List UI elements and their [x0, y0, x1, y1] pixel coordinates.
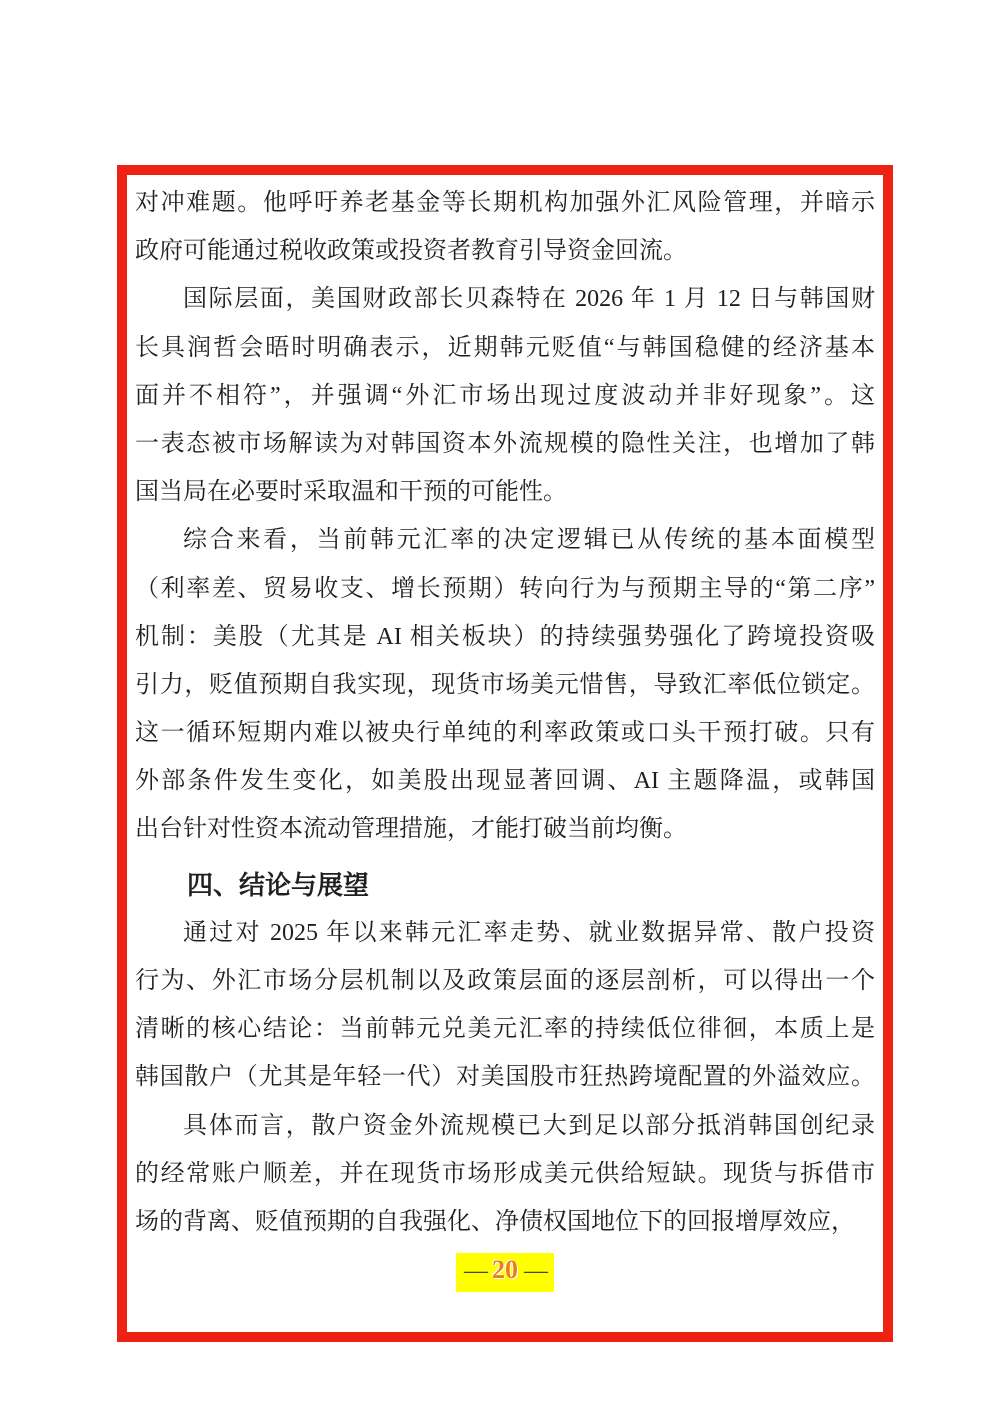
text-line: 清晰的核心结论：当前韩元兑美元汇率的持续低位徘徊，本质上是 — [135, 1005, 875, 1053]
red-border-frame: 对冲难题。他呼吁养老基金等长期机构加强外汇风险管理，并暗示 政府可能通过税收政策… — [117, 165, 893, 1342]
text-line: 韩国散户（尤其是年轻一代）对美国股市狂热跨境配置的外溢效应。 — [135, 1053, 875, 1101]
text-line: 具体而言，散户资金外流规模已大到足以部分抵消韩国创纪录 — [135, 1102, 875, 1150]
text-line: 机制：美股（尤其是 AI 相关板块）的持续强势强化了跨境投资吸 — [135, 613, 875, 661]
text-line: 通过对 2025 年以来韩元汇率走势、就业数据异常、散户投资 — [135, 909, 875, 957]
text-line: 出台针对性资本流动管理措施，才能打破当前均衡。 — [135, 805, 875, 853]
text-line: 面并不相符”，并强调“外汇市场出现过度波动并非好现象”。这 — [135, 372, 875, 420]
text-line: 国际层面，美国财政部长贝森特在 2026 年 1 月 12 日与韩国财 — [135, 275, 875, 323]
page-number: 20 — [492, 1255, 518, 1284]
text-line: 引力，贬值预期自我实现，现货市场美元惜售，导致汇率低位锁定。 — [135, 661, 875, 709]
text-line: 一表态被市场解读为对韩国资本外流规模的隐性关注，也增加了韩 — [135, 420, 875, 468]
text-line: 外部条件发生变化，如美股出现显著回调、AI 主题降温，或韩国 — [135, 757, 875, 805]
text-line: 的经常账户顺差，并在现货市场形成美元供给短缺。现货与拆借市 — [135, 1150, 875, 1198]
section-heading: 四、结论与展望 — [135, 861, 875, 909]
text-line: 行为、外汇市场分层机制以及政策层面的逐层剖析，可以得出一个 — [135, 957, 875, 1005]
document-page: 对冲难题。他呼吁养老基金等长期机构加强外汇风险管理，并暗示 政府可能通过税收政策… — [0, 0, 1000, 1414]
page-number-dash-right: — — [524, 1258, 546, 1284]
page-number-dash-left: — — [464, 1258, 486, 1284]
page-footer: —20— — [135, 1253, 875, 1292]
text-line: 场的背离、贬值预期的自我强化、净债权国地位下的回报增厚效应， — [135, 1198, 875, 1246]
text-line: 政府可能通过税收政策或投资者教育引导资金回流。 — [135, 227, 875, 275]
text-line: 这一循环短期内难以被央行单纯的利率政策或口头干预打破。只有 — [135, 709, 875, 757]
page-number-highlight: —20— — [456, 1253, 554, 1292]
text-line: 长具润哲会晤时明确表示，近期韩元贬值“与韩国稳健的经济基本 — [135, 324, 875, 372]
text-line: 对冲难题。他呼吁养老基金等长期机构加强外汇风险管理，并暗示 — [135, 179, 875, 227]
text-content: 对冲难题。他呼吁养老基金等长期机构加强外汇风险管理，并暗示 政府可能通过税收政策… — [135, 175, 875, 1292]
text-line: 综合来看，当前韩元汇率的决定逻辑已从传统的基本面模型 — [135, 516, 875, 564]
text-line: 国当局在必要时采取温和干预的可能性。 — [135, 468, 875, 516]
text-line: （利率差、贸易收支、增长预期）转向行为与预期主导的“第二序” — [135, 565, 875, 613]
